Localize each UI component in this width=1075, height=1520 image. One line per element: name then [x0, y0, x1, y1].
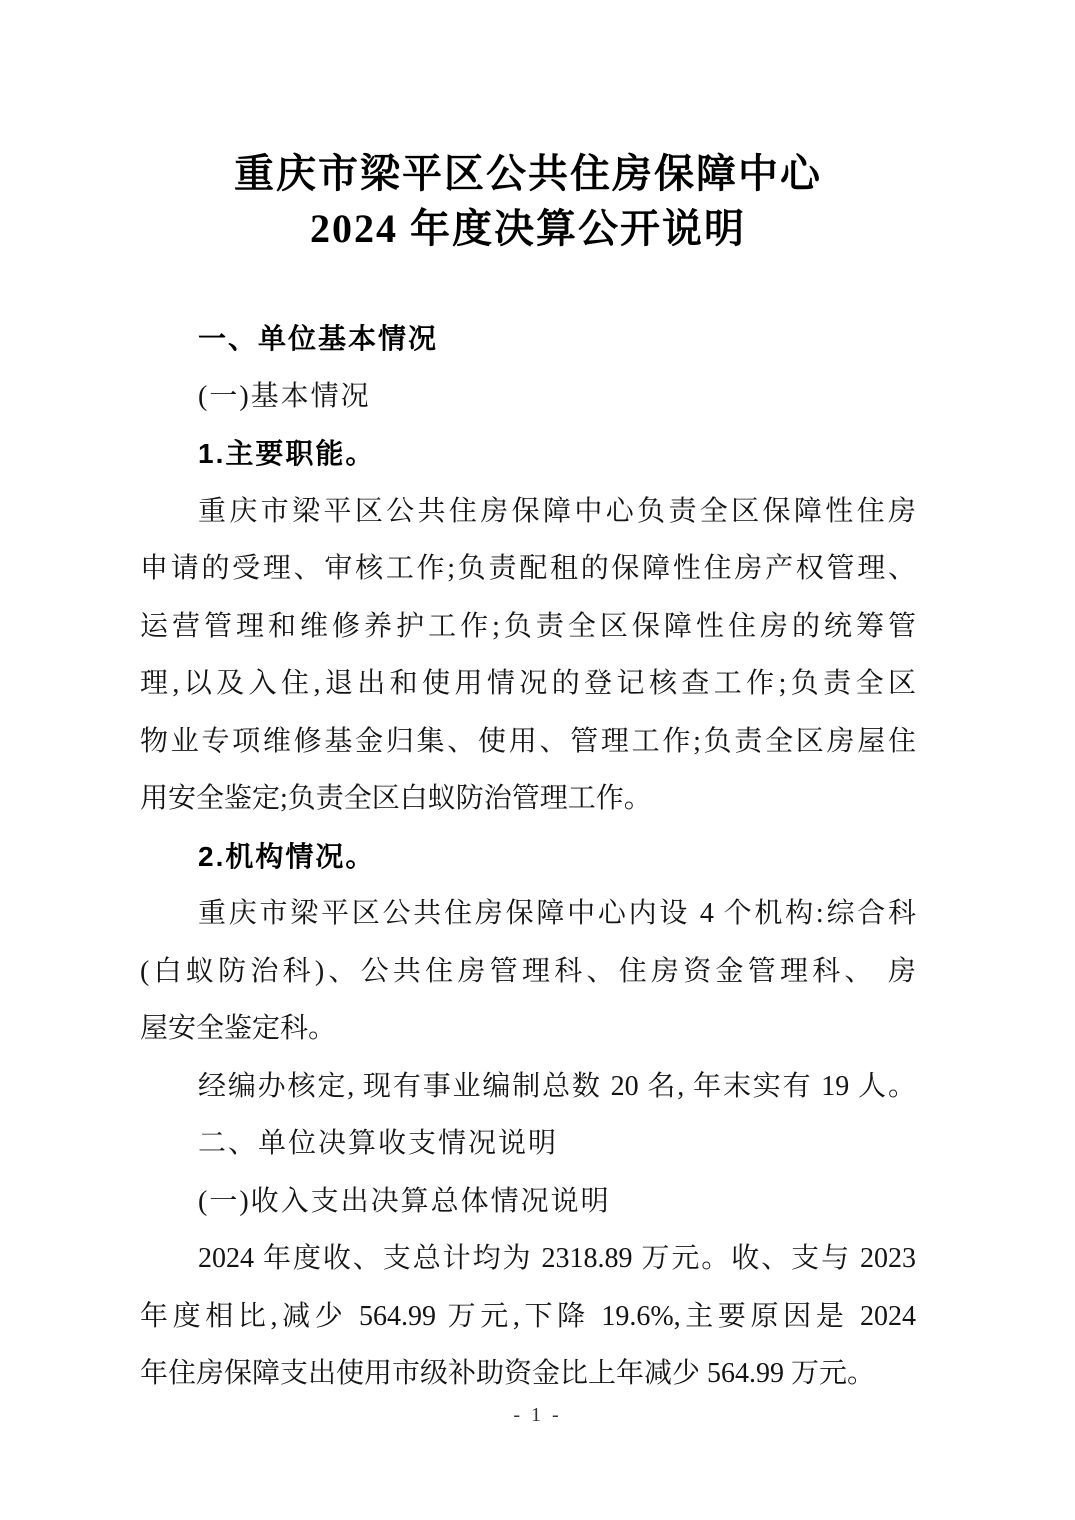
paragraph-budget-totals: 2024 年度收、支总计均为 2318.89 万元。收、支与 2023 年度相比… [140, 1230, 916, 1403]
subsection-heading-main-duties: 1.主要职能。 [140, 425, 916, 483]
paragraph-line: 物业专项维修基金归集、使用、管理工作;负责全区房屋住 [140, 713, 916, 771]
paragraph-line: 年住房保障支出使用市级补助资金比上年减少 564.99 万元。 [140, 1345, 916, 1403]
subsection-heading-basic-info: (一)基本情况 [140, 368, 916, 426]
paragraph-line: 运营管理和维修养护工作;负责全区保障性住房的统筹管 [140, 598, 916, 656]
section-heading-budget-overview: 二、单位决算收支情况说明 [140, 1115, 916, 1173]
paragraph-org-structure: 重庆市梁平区公共住房保障中心内设 4 个机构:综合科 (白蚁防治科)、公共住房管… [140, 885, 916, 1058]
page-number: - 1 - [0, 1402, 1075, 1428]
paragraph-main-duties: 重庆市梁平区公共住房保障中心负责全区保障性住房 申请的受理、审核工作;负责配租的… [140, 483, 916, 828]
section-heading-unit-basic-info: 一、单位基本情况 [140, 310, 916, 368]
paragraph-line: (白蚁防治科)、公共住房管理科、住房资金管理科、 房 [140, 943, 916, 1001]
paragraph-staffing: 经编办核定, 现有事业编制总数 20 名, 年末实有 19 人。 [140, 1058, 916, 1116]
paragraph-line: 理,以及入住,退出和使用情况的登记核查工作;负责全区 [140, 655, 916, 713]
paragraph-line: 屋安全鉴定科。 [140, 1000, 916, 1058]
paragraph-line: 重庆市梁平区公共住房保障中心内设 4 个机构:综合科 [140, 885, 916, 943]
paragraph-line: 2024 年度收、支总计均为 2318.89 万元。收、支与 2023 [140, 1230, 916, 1288]
paragraph-line: 重庆市梁平区公共住房保障中心负责全区保障性住房 [140, 483, 916, 541]
document-title-line-2: 2024 年度决算公开说明 [140, 201, 916, 256]
document-page: 重庆市梁平区公共住房保障中心 2024 年度决算公开说明 一、单位基本情况 (一… [0, 0, 1075, 1520]
document-title: 重庆市梁平区公共住房保障中心 2024 年度决算公开说明 [140, 0, 916, 256]
paragraph-line: 申请的受理、审核工作;负责配租的保障性住房产权管理、 [140, 540, 916, 598]
subsection-heading-org-structure: 2.机构情况。 [140, 828, 916, 886]
paragraph-line: 用安全鉴定;负责全区白蚁防治管理工作。 [140, 770, 916, 828]
document-body: 一、单位基本情况 (一)基本情况 1.主要职能。 重庆市梁平区公共住房保障中心负… [140, 310, 916, 1403]
document-title-line-1: 重庆市梁平区公共住房保障中心 [140, 146, 916, 201]
paragraph-line: 年度相比,减少 564.99 万元,下降 19.6%,主要原因是 2024 [140, 1288, 916, 1346]
subsection-heading-income-expense: (一)收入支出决算总体情况说明 [140, 1173, 916, 1231]
